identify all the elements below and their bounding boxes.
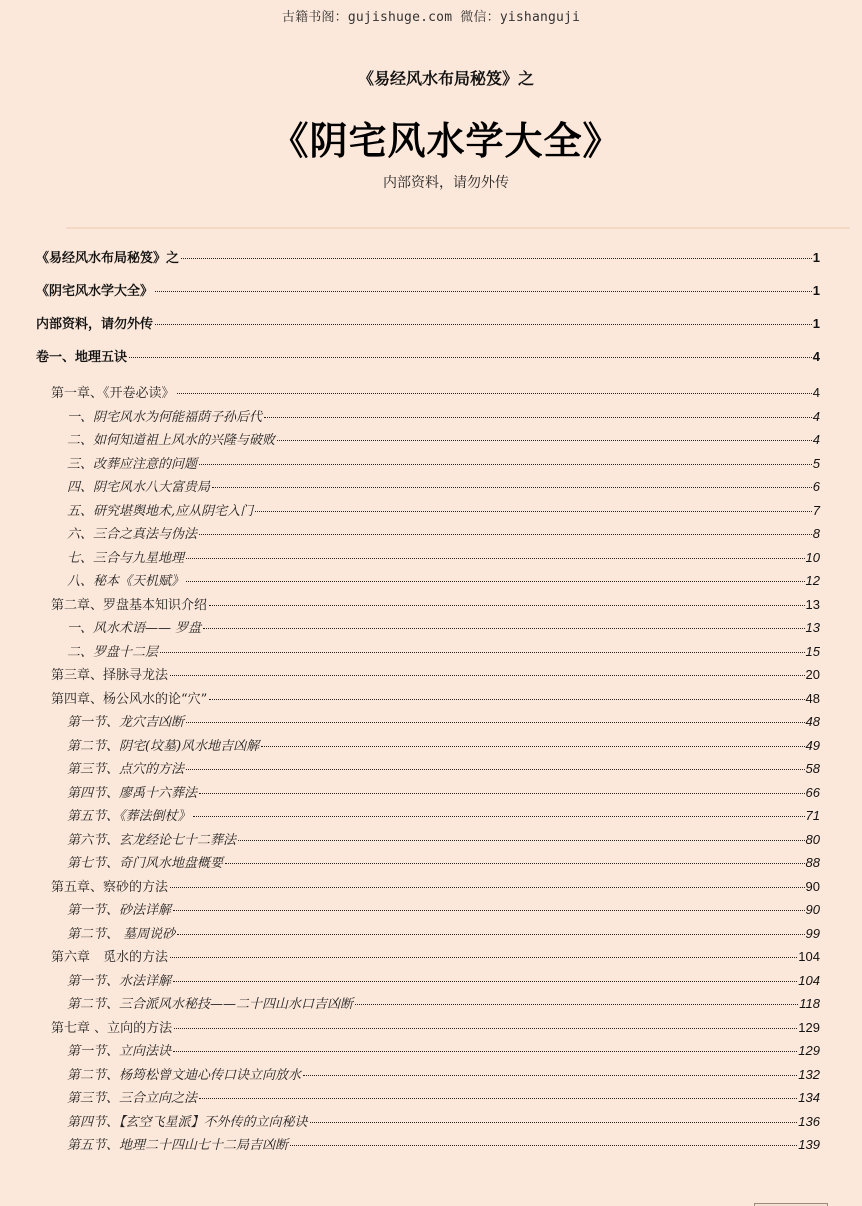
dot-leader — [174, 1028, 797, 1029]
dot-leader — [160, 652, 805, 653]
toc-entry[interactable]: 第一节、砂法详解 90 — [67, 899, 820, 921]
toc-entry[interactable]: 五、研究堪舆地术,应从阴宅入门 7 — [67, 500, 820, 522]
dot-leader — [173, 981, 797, 982]
toc-entry-label: 内部资料，请勿外传 — [36, 313, 153, 332]
toc-entry-page: 104 — [798, 949, 820, 964]
toc-entry-page: 139 — [798, 1137, 820, 1152]
dot-leader — [186, 769, 805, 770]
dot-leader — [186, 558, 805, 559]
toc-entry-page: 88 — [806, 855, 820, 870]
toc-entry-label: 第一节、砂法详解 — [67, 899, 171, 918]
toc-entry-label: 四、阴宅风水八大富贵局 — [67, 476, 210, 495]
dot-leader — [277, 440, 812, 441]
toc-entry[interactable]: 第二章、罗盘基本知识介绍 13 — [51, 594, 820, 616]
toc-entry-label: 第三节、点穴的方法 — [67, 758, 184, 777]
toc-entry[interactable]: 第二节、三合派风水秘技——二十四山水口吉凶断 118 — [67, 993, 820, 1015]
toc-entry-page: 71 — [806, 808, 820, 823]
toc-entry-label: 第一节、立向法诀 — [67, 1040, 171, 1059]
toc-entry[interactable]: 二、如何知道祖上风水的兴隆与破败 4 — [67, 429, 820, 451]
toc-entry[interactable]: 七、三合与九星地理 10 — [67, 547, 820, 569]
toc-entry-label: 卷一、地理五诀 — [36, 346, 127, 365]
toc-entry[interactable]: 第二节、杨筠松曾文迪心传口诀立向放水 132 — [67, 1064, 820, 1086]
toc-entry-label: 第二章、罗盘基本知识介绍 — [51, 594, 207, 613]
toc-entry[interactable]: 第四章、杨公风水的论“穴” 48 — [51, 688, 820, 710]
toc-entry[interactable]: 一、阴宅风水为何能福荫子孙后代 4 — [67, 406, 820, 428]
toc-entry[interactable]: 第三章、择脉寻龙法 20 — [51, 664, 820, 686]
watermark-text: 古籍书阁：gujishuge.com 微信：yishanguji — [0, 6, 862, 25]
toc-entry-label: 第六章 觅水的方法 — [51, 946, 168, 965]
toc-entry-label: 《易经风水布局秘笈》之 — [36, 247, 179, 266]
toc-entry[interactable]: 一、风水术语—— 罗盘 13 — [67, 617, 820, 639]
toc-entry[interactable]: 第二节、 墓周说砂 99 — [67, 923, 820, 945]
toc-entry-page: 1 — [813, 250, 820, 265]
dot-leader — [199, 464, 812, 465]
toc-entry-label: 第二节、杨筠松曾文迪心传口诀立向放水 — [67, 1064, 301, 1083]
toc-entry-page: 10 — [806, 550, 820, 565]
toc-entry[interactable]: 第四节、廖禹十六葬法 66 — [67, 782, 820, 804]
dot-leader — [173, 1051, 797, 1052]
toc-entry[interactable]: 《易经风水布局秘笈》之 1 — [36, 247, 820, 269]
toc-entry-label: 第六节、玄龙经论七十二葬法 — [67, 829, 236, 848]
dot-leader — [155, 291, 812, 292]
toc-entry-label: 六、三合之真法与伪法 — [67, 523, 197, 542]
toc-entry-page: 49 — [806, 738, 820, 753]
toc-entry-page: 48 — [806, 691, 820, 706]
dot-leader — [203, 628, 804, 629]
toc-entry-page: 136 — [798, 1114, 820, 1129]
dot-leader — [264, 417, 812, 418]
dot-leader — [193, 816, 805, 817]
toc-entry[interactable]: 第五节、地理二十四山七十二局吉凶断 139 — [67, 1134, 820, 1156]
toc-entry-page: 13 — [806, 620, 820, 635]
dot-leader — [209, 699, 804, 700]
toc-entry[interactable]: 八、秘本《天机赋》 12 — [67, 570, 820, 592]
toc-entry-label: 第七章 、立向的方法 — [51, 1017, 172, 1036]
toc-entry[interactable]: 内部资料，请勿外传 1 — [36, 313, 820, 335]
toc-entry-label: 《阴宅风水学大全》 — [36, 280, 153, 299]
toc-entry-label: 第五章、察砂的方法 — [51, 876, 168, 895]
toc-entry-page: 8 — [813, 526, 820, 541]
toc-entry[interactable]: 第七节、奇门风水地盘概要 88 — [67, 852, 820, 874]
toc-entry-label: 第三章、择脉寻龙法 — [51, 664, 168, 683]
dot-leader — [199, 1098, 797, 1099]
toc-entry-label: 七、三合与九星地理 — [67, 547, 184, 566]
toc-entry[interactable]: 第一节、立向法诀 129 — [67, 1040, 820, 1062]
dot-leader — [310, 1122, 798, 1123]
toc-entry-label: 第七节、奇门风水地盘概要 — [67, 852, 223, 871]
toc-entry-page: 90 — [806, 879, 820, 894]
toc-entry-page: 6 — [813, 479, 820, 494]
toc-entry-label: 第二节、阴宅(坟墓)风水地吉凶解 — [67, 735, 259, 754]
toc-entry[interactable]: 《阴宅风水学大全》 1 — [36, 280, 820, 302]
toc-entry-page: 5 — [813, 456, 820, 471]
toc-entry-label: 第一节、水法详解 — [67, 970, 171, 989]
toc-entry-label: 第四节、廖禹十六葬法 — [67, 782, 197, 801]
toc-entry-label: 一、阴宅风水为何能福荫子孙后代 — [67, 406, 262, 425]
dot-leader — [181, 258, 812, 259]
toc-entry-page: 104 — [798, 973, 820, 988]
dot-leader — [186, 722, 805, 723]
toc-entry-page: 90 — [806, 902, 820, 917]
toc-entry-page: 58 — [806, 761, 820, 776]
toc-entry-label: 第一章、《开卷必读》 — [51, 382, 175, 401]
dot-leader — [199, 534, 812, 535]
toc-entry-label: 三、改葬应注意的问题 — [67, 453, 197, 472]
toc-entry[interactable]: 第二节、阴宅(坟墓)风水地吉凶解 49 — [67, 735, 820, 757]
toc-entry-label: 一、风水术语—— 罗盘 — [67, 617, 201, 636]
toc-entry-page: 1 — [813, 316, 820, 331]
toc-entry-page: 20 — [806, 667, 820, 682]
toc-entry-label: 第一节、龙穴吉凶断 — [67, 711, 184, 730]
toc-entry-page: 134 — [798, 1090, 820, 1105]
dot-leader — [199, 793, 805, 794]
dot-leader — [290, 1145, 797, 1146]
toc-entry-page: 1 — [813, 283, 820, 298]
toc-entry[interactable]: 三、改葬应注意的问题 5 — [67, 453, 820, 475]
toc-entry-label: 八、秘本《天机赋》 — [67, 570, 184, 589]
dot-leader — [129, 357, 812, 358]
toc-entry-page: 66 — [806, 785, 820, 800]
dot-leader — [177, 393, 812, 394]
toc-entry-label: 第三节、三合立向之法 — [67, 1087, 197, 1106]
dot-leader — [212, 487, 812, 488]
toc-entry-label: 第五节、地理二十四山七十二局吉凶断 — [67, 1134, 288, 1153]
dot-leader — [355, 1004, 798, 1005]
dot-leader — [173, 910, 805, 911]
toc-entry[interactable]: 第五章、察砂的方法 90 — [51, 876, 820, 898]
pre-title: 《易经风水布局秘笈》之 — [0, 66, 862, 89]
toc-entry-page: 129 — [798, 1020, 820, 1035]
toc-entry-page: 15 — [806, 644, 820, 659]
toc-entry-page: 12 — [806, 573, 820, 588]
toc-entry-label: 第四节、【玄空飞星派】不外传的立向秘诀 — [67, 1111, 308, 1130]
toc-entry-label: 二、如何知道祖上风水的兴隆与破败 — [67, 429, 275, 448]
toc-entry[interactable]: 第六节、玄龙经论七十二葬法 80 — [67, 829, 820, 851]
toc-entry[interactable]: 第一节、龙穴吉凶断 48 — [67, 711, 820, 733]
dot-leader — [238, 840, 805, 841]
dot-leader — [225, 863, 805, 864]
dot-leader — [261, 746, 804, 747]
toc-entry-page: 129 — [798, 1043, 820, 1058]
toc-entry[interactable]: 第四节、【玄空飞星派】不外传的立向秘诀 136 — [67, 1111, 820, 1133]
toc-entry[interactable]: 二、罗盘十二层 15 — [67, 641, 820, 663]
dot-leader — [170, 675, 805, 676]
toc-entry-page: 80 — [806, 832, 820, 847]
toc-entry-page: 132 — [798, 1067, 820, 1082]
toc-entry-page: 7 — [813, 503, 820, 518]
toc-entry[interactable]: 第一章、《开卷必读》 4 — [51, 382, 820, 404]
toc-entry-label: 二、罗盘十二层 — [67, 641, 158, 660]
toc-entry[interactable]: 四、阴宅风水八大富贵局 6 — [67, 476, 820, 498]
toc-entry[interactable]: 第七章 、立向的方法 129 — [51, 1017, 820, 1039]
toc-entry-label: 第二节、 墓周说砂 — [67, 923, 175, 942]
dot-leader — [186, 581, 805, 582]
toc-entry-page: 4 — [813, 409, 820, 424]
dot-leader — [155, 324, 812, 325]
toc-entry-label: 第二节、三合派风水秘技——二十四山水口吉凶断 — [67, 993, 353, 1012]
dot-leader — [209, 605, 805, 606]
document-title: 《阴宅风水学大全》 — [0, 110, 862, 165]
dot-leader — [170, 957, 797, 958]
dot-leader — [170, 887, 805, 888]
toc-entry-page: 99 — [806, 926, 820, 941]
toc-entry-page: 48 — [806, 714, 820, 729]
toc-entry-page: 13 — [806, 597, 820, 612]
toc-entry[interactable]: 六、三合之真法与伪法 8 — [67, 523, 820, 545]
dot-leader — [177, 934, 804, 935]
dot-leader — [255, 511, 812, 512]
toc-entry[interactable]: 第六章 觅水的方法 104 — [51, 946, 820, 968]
toc-entry-page: 118 — [799, 996, 820, 1011]
toc-entry-label: 五、研究堪舆地术,应从阴宅入门 — [67, 500, 253, 519]
toc-entry[interactable]: 第三节、点穴的方法 58 — [67, 758, 820, 780]
toc-entry[interactable]: 卷一、地理五诀 4 — [36, 346, 820, 368]
toc-entry-page: 4 — [813, 349, 820, 364]
toc-entry[interactable]: 第一节、水法详解 104 — [67, 970, 820, 992]
header-divider — [66, 227, 850, 229]
toc-entry-label: 第四章、杨公风水的论“穴” — [51, 688, 207, 707]
toc-entry-label: 第五节、《葬法倒杖》 — [67, 805, 191, 824]
toc-entry-page: 4 — [813, 385, 820, 400]
subtitle: 内部资料，请勿外传 — [0, 172, 862, 192]
dot-leader — [303, 1075, 797, 1076]
toc-entry-page: 4 — [813, 432, 820, 447]
toc-entry[interactable]: 第五节、《葬法倒杖》 71 — [67, 805, 820, 827]
toc-entry[interactable]: 第三节、三合立向之法 134 — [67, 1087, 820, 1109]
